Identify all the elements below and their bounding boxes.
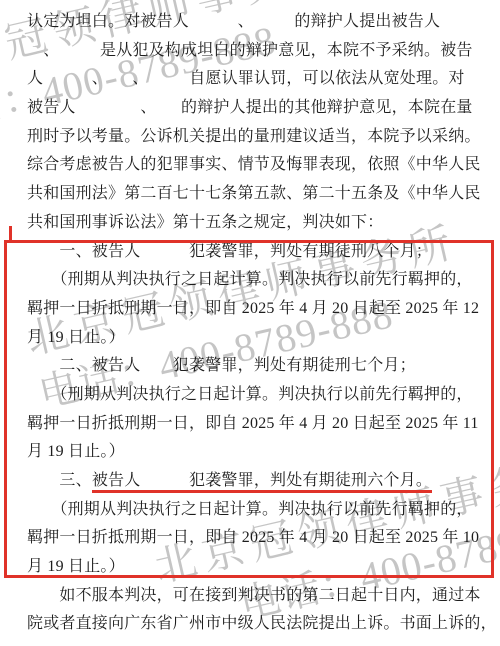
judgment-line: 认定为坦白。对被告人 、 的辩护人提出被告人 [27,8,493,37]
judgment-line: 羁押一日折抵刑期一日，即自 2025 年 4 月 20 日起至 2025 年 1… [27,524,493,553]
judgment-line: （刑期从判决执行之日起计算。判决执行以前先行羁押的， [27,266,493,295]
judgment-line: 刑时予以考量。公诉机关提出的量刑建议适当，本院予以采纳。 [27,123,493,152]
judgment-line: 院或者直接向广东省广州市中级人民法院提出上诉。书面上诉的， [27,610,493,639]
judgment-line: 月 19 日止。） [27,438,493,467]
judgment-line: 如不服本判决，可在接到判决书的第二日起十日内，通过本 [27,582,493,611]
judgment-line: 羁押一日折抵刑期一日，即自 2025 年 4 月 20 日起至 2025 年 1… [27,410,493,439]
judgment-line: 、 是从犯及构成坦白的辩护意见，本院不予采纳。被告 [27,37,493,66]
red-underlined-sentence: 被告人 犯袭警罪，判处有期徒刑六个月。 [92,472,432,493]
red-box-corner-stroke [9,226,12,242]
judgment-line-verdict-item-1: 一、被告人 犯袭警罪，判处有期徒刑八个月； [27,238,493,267]
judgment-line: 综合考虑被告人的犯罪事实、情节及悔罪表现，依照《中华人民 [27,151,493,180]
verdict-item-3-prefix: 三、 [27,472,92,489]
judgment-line: 共和国刑事诉讼法》第十五条之规定，判决如下： [27,209,493,238]
judgment-line: 月 19 日止。） [27,324,493,353]
judgment-document-page: 北京冠领律师事务所 电话：400-8789-888 北京冠领律师事务所 电话：4… [0,0,500,646]
judgment-line-verdict-item-3: 三、被告人 犯袭警罪，判处有期徒刑六个月。 [27,467,493,496]
judgment-line: 人 、 、 自愿认罪认罚，可以依法从宽处理。对 [27,65,493,94]
judgment-line-verdict-item-2: 二、被告人 犯袭警罪，判处有期徒刑七个月； [27,352,493,381]
judgment-line: （刑期从判决执行之日起计算。判决执行以前先行羁押的， [27,496,493,525]
judgment-line: 共和国刑法》第二百七十七条第五款、第二十五条及《中华人民 [27,180,493,209]
judgment-text-body: 认定为坦白。对被告人 、 的辩护人提出被告人 、 是从犯及构成坦白的辩护意见，本… [27,8,493,639]
judgment-line: （刑期从判决执行之日起计算。判决执行以前先行羁押的， [27,381,493,410]
judgment-line: 月 19 日止。） [27,553,493,582]
judgment-line: 被告人 、 的辩护人提出的其他辩护意见，本院在量 [27,94,493,123]
judgment-line: 羁押一日折抵刑期一日，即自 2025 年 4 月 20 日起至 2025 年 1… [27,295,493,324]
